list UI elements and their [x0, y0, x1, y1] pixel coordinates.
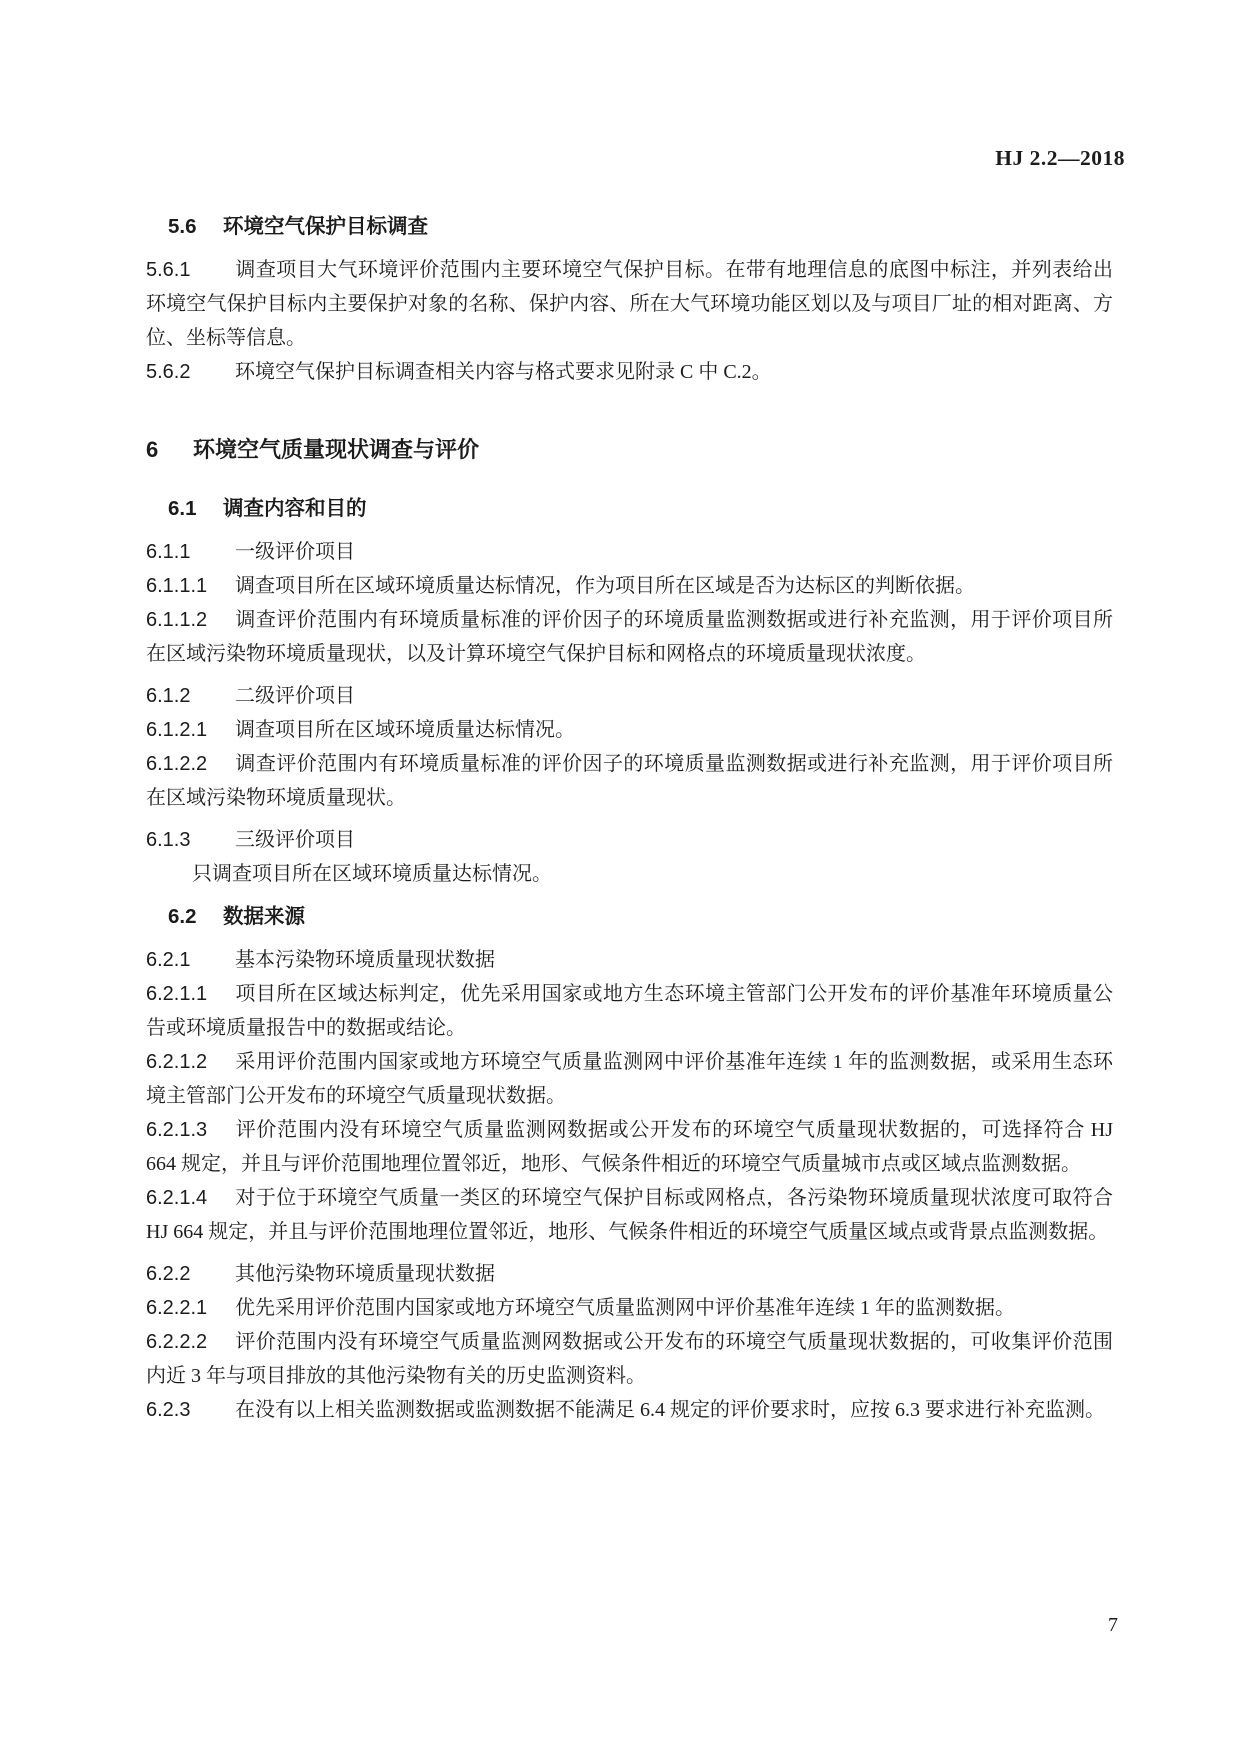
clause-6-1-1-2: 6.1.1.2调查评价范围内有环境质量标准的评价因子的环境质量监测数据或进行补充…: [146, 603, 1113, 671]
page-number: 7: [1108, 1610, 1118, 1640]
clause-number: 6.1.1.2: [146, 603, 235, 637]
section-heading-5-6: 5.6环境空气保护目标调查: [168, 213, 1113, 241]
clause-number: 6.1.1.1: [146, 569, 235, 603]
clause-number: 6.2.1.3: [146, 1113, 235, 1147]
section-title: 环境空气保护目标调查: [223, 215, 428, 238]
chapter-title: 环境空气质量现状调查与评价: [193, 437, 479, 462]
clause-number: 6.1.1: [146, 535, 235, 569]
clause-6-1-1-1: 6.1.1.1调查项目所在区域环境质量达标情况，作为项目所在区域是否为达标区的判…: [146, 569, 1113, 603]
clause-number: 6.2.2.2: [146, 1325, 235, 1359]
clause-6-2-2: 6.2.2其他污染物环境质量现状数据: [146, 1257, 1113, 1291]
clause-text: 调查评价范围内有环境质量标准的评价因子的环境质量监测数据或进行补充监测，用于评价…: [146, 609, 1113, 665]
clause-6-2-1: 6.2.1基本污染物环境质量现状数据: [146, 943, 1113, 977]
clause-text: 二级评价项目: [235, 685, 355, 707]
clause-text: 其他污染物环境质量现状数据: [235, 1263, 495, 1285]
clause-text: 评价范围内没有环境空气质量监测网数据或公开发布的环境空气质量现状数据的，可收集评…: [146, 1331, 1113, 1387]
clause-text: 评价范围内没有环境空气质量监测网数据或公开发布的环境空气质量现状数据的，可选择符…: [146, 1119, 1113, 1175]
clause-number: 6.2.2.1: [146, 1291, 235, 1325]
clause-5-6-1: 5.6.1调查项目大气环境评价范围内主要环境空气保护目标。在带有地理信息的底图中…: [146, 253, 1113, 355]
clause-number: 6.2.1.2: [146, 1045, 235, 1079]
clause-6-1-2: 6.1.2二级评价项目: [146, 679, 1113, 713]
clause-text: 优先采用评价范围内国家或地方环境空气质量监测网中评价基准年连续 1 年的监测数据…: [235, 1297, 1015, 1319]
doc-code-header: HJ 2.2—2018: [146, 145, 1125, 171]
section-heading-6-2: 6.2数据来源: [168, 903, 1113, 931]
clause-6-2-2-2: 6.2.2.2评价范围内没有环境空气质量监测网数据或公开发布的环境空气质量现状数…: [146, 1325, 1113, 1393]
section-number: 6.1: [168, 495, 223, 523]
clause-6-1-3-body: 只调查项目所在区域环境质量达标情况。: [146, 857, 1113, 891]
clause-number: 6.2.1.4: [146, 1181, 235, 1215]
clause-number: 6.1.3: [146, 823, 235, 857]
clause-text: 在没有以上相关监测数据或监测数据不能满足 6.4 规定的评价要求时，应按 6.3…: [235, 1399, 1105, 1421]
clause-number: 5.6.1: [146, 253, 235, 287]
section-title: 调查内容和目的: [223, 497, 367, 520]
clause-text: 项目所在区域达标判定，优先采用国家或地方生态环境主管部门公开发布的评价基准年环境…: [146, 983, 1113, 1039]
clause-6-1-2-1: 6.1.2.1调查项目所在区域环境质量达标情况。: [146, 713, 1113, 747]
document-page: HJ 2.2—2018 5.6环境空气保护目标调查 5.6.1调查项目大气环境评…: [0, 0, 1241, 1755]
clause-number: 5.6.2: [146, 355, 235, 389]
clause-text: 采用评价范围内国家或地方环境空气质量监测网中评价基准年连续 1 年的监测数据，或…: [146, 1051, 1113, 1107]
clause-6-1-3: 6.1.3三级评价项目: [146, 823, 1113, 857]
clause-6-2-2-1: 6.2.2.1优先采用评价范围内国家或地方环境空气质量监测网中评价基准年连续 1…: [146, 1291, 1113, 1325]
section-number: 6.2: [168, 903, 223, 931]
clause-6-2-1-4: 6.2.1.4对于位于环境空气质量一类区的环境空气保护目标或网格点，各污染物环境…: [146, 1181, 1113, 1249]
clause-text: 环境空气保护目标调查相关内容与格式要求见附录 C 中 C.2。: [235, 361, 772, 383]
section-title: 数据来源: [223, 905, 305, 928]
clause-text: 基本污染物环境质量现状数据: [235, 949, 495, 971]
clause-text: 一级评价项目: [235, 541, 355, 563]
clause-number: 6.1.2.2: [146, 747, 235, 781]
clause-text: 调查项目所在区域环境质量达标情况，作为项目所在区域是否为达标区的判断依据。: [235, 575, 975, 597]
clause-5-6-2: 5.6.2环境空气保护目标调查相关内容与格式要求见附录 C 中 C.2。: [146, 355, 1113, 389]
clause-text: 三级评价项目: [235, 829, 355, 851]
clause-6-2-1-3: 6.2.1.3评价范围内没有环境空气质量监测网数据或公开发布的环境空气质量现状数…: [146, 1113, 1113, 1181]
clause-number: 6.1.2.1: [146, 713, 235, 747]
chapter-heading-6: 6环境空气质量现状调查与评价: [146, 435, 1113, 465]
clause-6-1-1: 6.1.1一级评价项目: [146, 535, 1113, 569]
page-content: HJ 2.2—2018 5.6环境空气保护目标调查 5.6.1调查项目大气环境评…: [146, 145, 1113, 1427]
clause-6-2-3: 6.2.3在没有以上相关监测数据或监测数据不能满足 6.4 规定的评价要求时，应…: [146, 1393, 1113, 1427]
clause-number: 6.2.1: [146, 943, 235, 977]
clause-6-2-1-1: 6.2.1.1项目所在区域达标判定，优先采用国家或地方生态环境主管部门公开发布的…: [146, 977, 1113, 1045]
section-number: 5.6: [168, 213, 223, 241]
clause-number: 6.1.2: [146, 679, 235, 713]
clause-text: 调查项目所在区域环境质量达标情况。: [235, 719, 575, 741]
clause-6-1-2-2: 6.1.2.2调查评价范围内有环境质量标准的评价因子的环境质量监测数据或进行补充…: [146, 747, 1113, 815]
clause-text: 对于位于环境空气质量一类区的环境空气保护目标或网格点，各污染物环境质量现状浓度可…: [146, 1187, 1113, 1243]
clause-text: 调查项目大气环境评价范围内主要环境空气保护目标。在带有地理信息的底图中标注，并列…: [146, 259, 1113, 349]
chapter-number: 6: [146, 435, 193, 465]
clause-number: 6.2.2: [146, 1257, 235, 1291]
clause-6-2-1-2: 6.2.1.2采用评价范围内国家或地方环境空气质量监测网中评价基准年连续 1 年…: [146, 1045, 1113, 1113]
clause-number: 6.2.3: [146, 1393, 235, 1427]
section-heading-6-1: 6.1调查内容和目的: [168, 495, 1113, 523]
clause-text: 调查评价范围内有环境质量标准的评价因子的环境质量监测数据或进行补充监测，用于评价…: [146, 753, 1113, 809]
clause-number: 6.2.1.1: [146, 977, 235, 1011]
